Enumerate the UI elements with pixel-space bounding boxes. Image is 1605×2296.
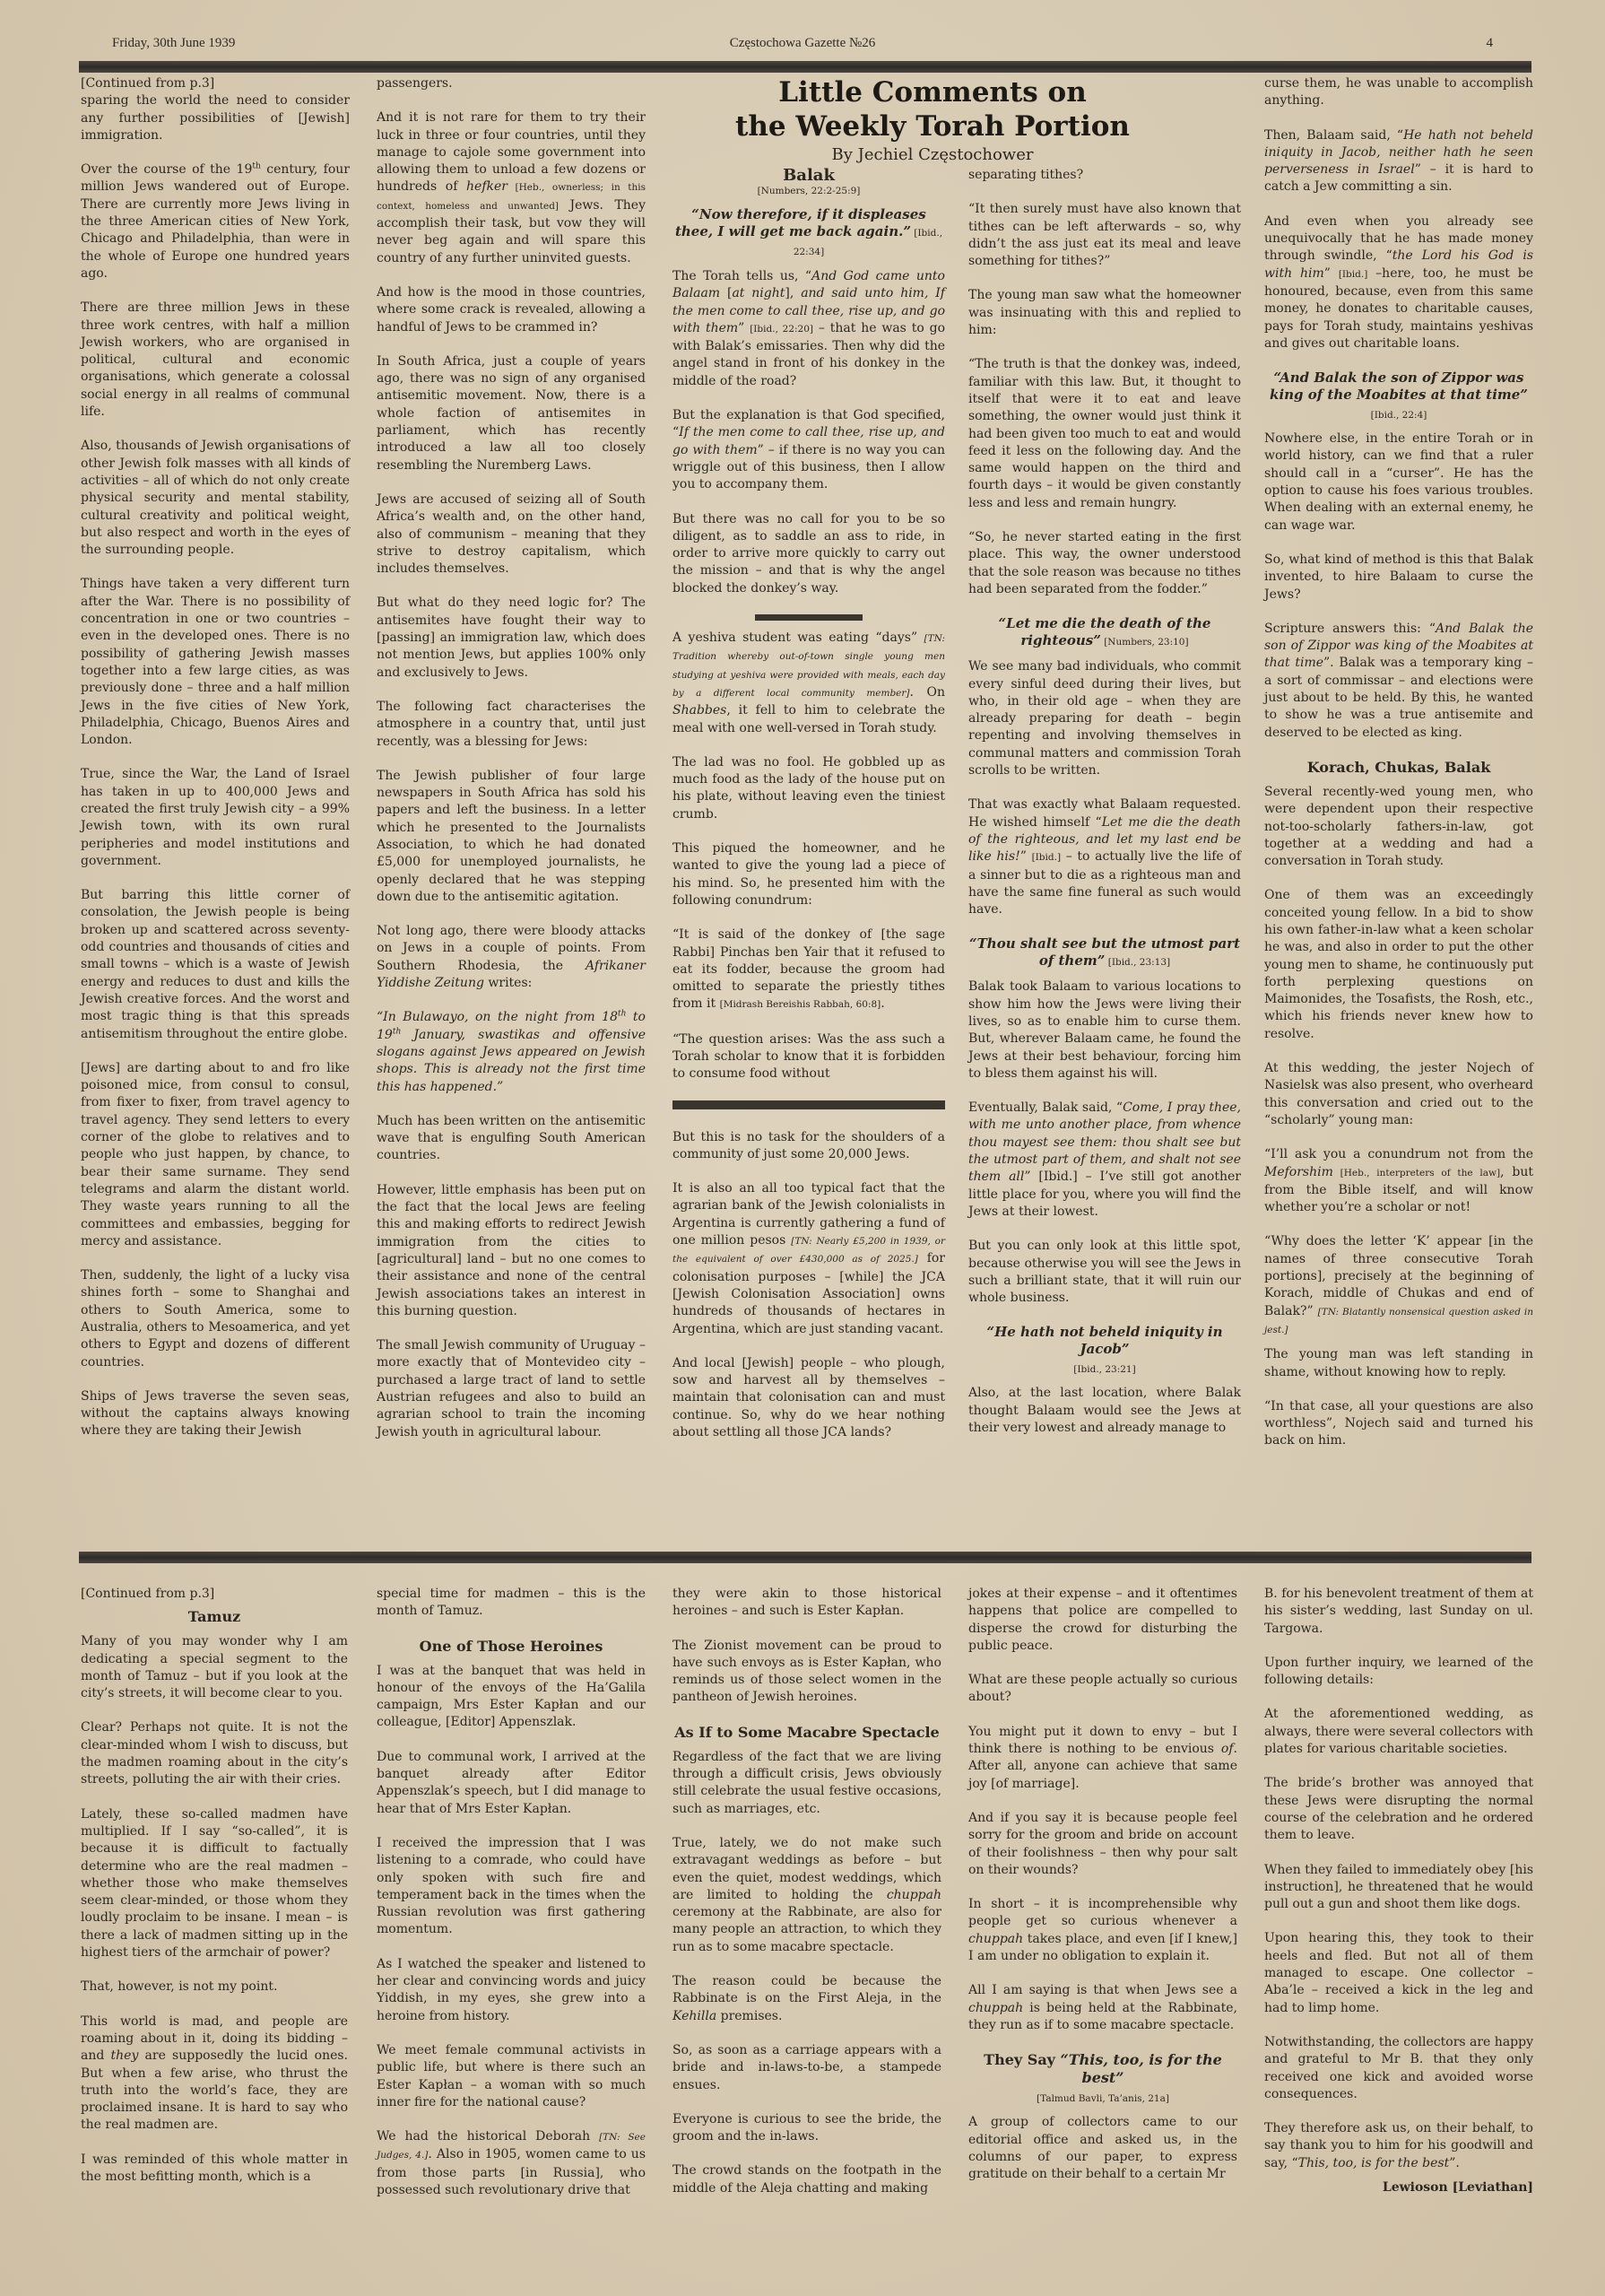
paragraph: When they failed to immediately obey [hi… (1264, 1862, 1533, 1914)
text: ” (1324, 266, 1339, 281)
citation: [Ibid.] (1032, 852, 1061, 863)
text: “It then surely must have also known tha… (968, 202, 1241, 268)
paragraph: At the aforementioned wedding, as always… (1264, 1706, 1533, 1758)
text: So, what kind of method is this that Bal… (1264, 552, 1533, 602)
paragraph: A yeshiva student was eating “days” [TN:… (672, 630, 945, 737)
italic-text: hefker (466, 179, 508, 194)
text: Then, suddenly, the light of a lucky vis… (81, 1268, 350, 1369)
article-body: passengers.And it is not rare for them t… (377, 75, 646, 1441)
italic-text: of (1221, 1742, 1234, 1756)
reference: [Ibid., 23:21] (968, 1363, 1241, 1376)
paragraph: “I’ll ask you a conundrum not from the M… (1264, 1146, 1533, 1216)
paragraph: That, however, is not my point. (81, 1979, 348, 1996)
top-column-2: passengers.And it is not rare for them t… (377, 75, 646, 1458)
paragraph: curse them, he was unable to accomplish … (1264, 75, 1533, 110)
italic-text: they (111, 2048, 139, 2063)
paragraph: Then, Balaam said, “He hath not beheld i… (1264, 127, 1533, 196)
text: separating tithes? (968, 168, 1083, 182)
paragraph: Regardless of the fact that we are livin… (672, 1749, 941, 1818)
paragraph: In South Africa, just a couple of years … (377, 353, 646, 474)
paragraph: I was reminded of this whole matter in t… (81, 2152, 348, 2187)
collectors-article: B. for his benevolent treatment of them … (1264, 1586, 1533, 2196)
paragraph: “The truth is that the donkey was, indee… (968, 356, 1241, 512)
text: ” (1020, 849, 1032, 864)
tamuz-article: [Continued from p.3]TamuzMany of you may… (81, 1586, 348, 2186)
text: Notwithstanding, the collectors are happ… (1264, 2035, 1533, 2101)
top-column-4: separating tithes?“It then surely must h… (968, 167, 1241, 1454)
text: [ (720, 286, 732, 300)
verse-heading: “And Balak the son of Zippor was king of… (1264, 370, 1533, 404)
article-body: sparing the world the need to consider a… (81, 92, 350, 1439)
text: special time for madmen – this is the mo… (377, 1587, 646, 1618)
text: The following fact characterises the atm… (377, 700, 646, 749)
paragraph: “So, he never started eating in the firs… (968, 529, 1241, 598)
paragraph: I was at the banquet that was held in ho… (377, 1663, 646, 1732)
text: One of them was an exceedingly conceited… (1264, 888, 1533, 1040)
paragraph: The Jewish publisher of four large newsp… (377, 768, 646, 906)
text: ceremony at the Rabbinate, are also for … (672, 1905, 941, 1954)
paragraph: Not long ago, there were bloody attacks … (377, 923, 646, 992)
paragraph: True, since the War, the Land of Israel … (81, 766, 350, 870)
paragraph: You might put it down to envy – but I th… (968, 1724, 1237, 1793)
paragraph: separating tithes? (968, 167, 1241, 184)
reference: [Talmud Bavli, Ta’anis, 21a] (968, 2092, 1237, 2105)
section-divider (672, 1100, 945, 1109)
paragraph: And how is the mood in those countries, … (377, 284, 646, 336)
paragraph: So, what kind of method is this that Bal… (1264, 552, 1533, 604)
section-reference: [Numbers, 22:2-25:9] (672, 185, 945, 197)
paragraph: Also, at the last location, where Balak … (968, 1385, 1241, 1437)
text: So, as soon as a carriage appears with a… (672, 2043, 941, 2092)
torah-body: “Now therefore, if it displeases thee, I… (672, 206, 945, 1083)
text: We see many bad individuals, who commit … (968, 659, 1241, 778)
italic-text: at night (732, 286, 785, 300)
paragraph: They therefore ask us, on their behalf, … (1264, 2120, 1533, 2172)
paragraph: Ships of Jews traverse the seven seas, w… (81, 1388, 350, 1440)
paragraph: Clear? Perhaps not quite. It is not the … (81, 1719, 348, 1788)
text: But this is no task for the shoulders of… (672, 1130, 945, 1161)
verse-reference: [Numbers, 23:10] (1101, 637, 1189, 648)
text: Lately, these so-called madmen have mult… (81, 1807, 348, 1960)
verse-heading: “Now therefore, if it displeases thee, I… (672, 206, 945, 261)
italic-text: Meforshim (1264, 1165, 1333, 1179)
masthead: Friday, 30th June 1939 Częstochowa Gazet… (112, 36, 1493, 57)
text: I was reminded of this whole matter in t… (81, 2152, 348, 2184)
italic-text: Kehilla (672, 2009, 716, 2023)
paragraph: The lad was no fool. He gobbled up as mu… (672, 754, 945, 823)
text: And local [Jewish] people – who plough, … (672, 1356, 945, 1439)
paragraph: The small Jewish community of Uruguay – … (377, 1337, 646, 1441)
heading-text: They Say (984, 2051, 1060, 2068)
text: Several recently-wed young men, who were… (1264, 785, 1533, 868)
paragraph: Eventually, Balak said, “Come, I pray th… (968, 1100, 1241, 1221)
byline: By Jechiel Częstochower (717, 145, 1148, 164)
text: Scripture answers this: “ (1264, 622, 1436, 636)
paragraph: Balak took Balaam to various locations t… (968, 978, 1241, 1083)
text: ” (738, 321, 750, 335)
text: Upon further inquiry, we learned of the … (1264, 1656, 1533, 1687)
section-heading-balak: Balak (672, 167, 945, 185)
text: A group of collectors came to our editor… (968, 2115, 1237, 2181)
text: I received the impression that I was lis… (377, 1836, 646, 1936)
italic-text: “In Bulawayo, on the night from 18 (377, 1010, 618, 1024)
text: In short – it is incomprehensible why pe… (968, 1897, 1237, 1928)
text: jokes at their expense – and it oftentim… (968, 1587, 1237, 1653)
text: There are three million Jews in these th… (81, 300, 350, 419)
heroines-article: special time for madmen – this is the mo… (377, 1586, 646, 2199)
continued-note: [Continued from p.3] (81, 1586, 348, 1603)
text: The bride’s brother was annoyed that the… (1264, 1776, 1533, 1842)
section-heading: As If to Some Macabre Spectacle (672, 1724, 941, 1742)
text: curse them, he was unable to accomplish … (1264, 76, 1533, 108)
text: However, little emphasis has been put on… (377, 1183, 646, 1318)
text: Many of you may wonder why I am dedicati… (81, 1634, 348, 1700)
text: “The truth is that the donkey was, indee… (968, 357, 1241, 509)
top-column-3: Balak [Numbers, 22:2-25:9] “Now therefor… (672, 167, 945, 1458)
superscript: th (393, 1027, 401, 1036)
italic-text: chuppah (968, 2001, 1023, 2015)
text: This piqued the homeowner, and he wanted… (672, 841, 945, 908)
text: And how is the mood in those countries, … (377, 285, 646, 335)
macabre-article-cont: jokes at their expense – and it oftentim… (968, 1586, 1237, 2183)
paragraph: We meet female communal activists in pub… (377, 2042, 646, 2111)
text: The crowd stands on the footpath in the … (672, 2163, 941, 2195)
italic-text: January, swastikas and offensive slogans… (377, 1028, 646, 1094)
text: That, however, is not my point. (81, 1979, 277, 1994)
text: ”. (1449, 2156, 1460, 2170)
author-signature: Lewioson [Leviathan] (1264, 2179, 1533, 2196)
text: [Jews] are darting about to and fro like… (81, 1061, 350, 1248)
paragraph: This world is mad, and people are roamin… (81, 2013, 348, 2135)
text: Nowhere else, in the entire Torah or in … (1264, 431, 1533, 532)
paragraph: Due to communal work, I arrived at the b… (377, 1749, 646, 1818)
italic-text: Shabbes (672, 703, 726, 717)
section-heading: They Say “This, too, is for the best” (968, 2051, 1237, 2087)
text: But you can only look at this little spo… (968, 1239, 1241, 1305)
text: But barring this little corner of consol… (81, 888, 350, 1040)
paragraph: At this wedding, the jester Nojech of Na… (1264, 1060, 1533, 1129)
paragraph: Also, thousands of Jewish organisations … (81, 438, 350, 559)
verse-text: “Now therefore, if it displeases thee, I… (675, 206, 926, 239)
paragraph: But there was no call for you to be so d… (672, 511, 945, 597)
text: Due to communal work, I arrived at the b… (377, 1750, 646, 1816)
paragraph: But you can only look at this little spo… (968, 1238, 1241, 1307)
section-heading: Tamuz (81, 1608, 348, 1626)
paragraph: Upon hearing this, they took to their he… (1264, 1930, 1533, 2016)
paragraph: But this is no task for the shoulders of… (672, 1129, 945, 1164)
text: they were akin to those historical heroi… (672, 1587, 941, 1618)
text: True, since the War, the Land of Israel … (81, 767, 350, 867)
paragraph: And if you say it is because people feel… (968, 1810, 1237, 1879)
text: Things have taken a very different turn … (81, 577, 350, 747)
text: What are these people actually so curiou… (968, 1673, 1237, 1704)
paragraph: What are these people actually so curiou… (968, 1672, 1237, 1707)
paragraph: In short – it is incomprehensible why pe… (968, 1896, 1237, 1965)
bottom-column-5: B. for his benevolent treatment of them … (1264, 1586, 1533, 2196)
text: We had the historical Deborah (377, 2129, 599, 2144)
section-divider (755, 614, 863, 621)
paragraph: The young man saw what the homeowner was… (968, 287, 1241, 339)
paragraph: And even when you already see unequivoca… (1264, 213, 1533, 352)
section-heading: Korach, Chukas, Balak (1264, 759, 1533, 777)
paragraph: “In Bulawayo, on the night from 18th to … (377, 1009, 646, 1095)
text: Balak took Balaam to various locations t… (968, 979, 1241, 1080)
text: Eventually, Balak said, “ (968, 1100, 1123, 1115)
reference: [Ibid., 22:4] (1264, 409, 1533, 422)
article-body: But this is no task for the shoulders of… (672, 1129, 945, 1442)
text: Upon hearing this, they took to their he… (1264, 1931, 1533, 2014)
paragraph: “It then surely must have also known tha… (968, 201, 1241, 270)
text: sparing the world the need to consider a… (81, 93, 350, 143)
paragraph: But what do they need logic for? The ant… (377, 595, 646, 681)
paragraph: they were akin to those historical heroi… (672, 1586, 941, 1621)
top-column-5: curse them, he was unable to accomplish … (1264, 75, 1533, 1467)
top-column-1: [Continued from p.3] sparing the world t… (81, 75, 350, 1457)
publication-name: Częstochowa Gazette №26 (112, 36, 1493, 51)
text: Everyone is curious to see the bride, th… (672, 2112, 941, 2144)
text: B. for his benevolent treatment of them … (1264, 1587, 1533, 1636)
paragraph: All I am saying is that when Jews see a … (968, 1982, 1237, 2034)
paragraph: The following fact characterises the atm… (377, 699, 646, 751)
text: The young man saw what the homeowner was… (968, 288, 1241, 337)
superscript: th (252, 162, 260, 171)
text: When they failed to immediately obey [hi… (1264, 1863, 1533, 1912)
text: “In that case, all your questions are al… (1264, 1399, 1533, 1448)
middle-rule (79, 1552, 1531, 1563)
paragraph: The Torah tells us, “And God came unto B… (672, 268, 945, 390)
paragraph: True, lately, we do not make such extrav… (672, 1835, 941, 1956)
paragraph: I received the impression that I was lis… (377, 1835, 646, 1939)
text: “The question arises: Was the ass such a… (672, 1032, 945, 1082)
text: “So, he never started eating in the firs… (968, 530, 1241, 596)
text: The reason could be because the Rabbinat… (672, 1974, 941, 2005)
bottom-column-4: jokes at their expense – and it oftentim… (968, 1586, 1237, 2200)
paragraph: The bride’s brother was annoyed that the… (1264, 1775, 1533, 1844)
text: And if you say it is because people feel… (968, 1811, 1237, 1877)
bottom-column-1: [Continued from p.3]TamuzMany of you may… (81, 1586, 348, 2203)
verse-text: “He hath not beheld iniquity in Jacob” (986, 1324, 1222, 1357)
text: Then, Balaam said, “ (1264, 128, 1403, 143)
paragraph: Several recently-wed young men, who were… (1264, 784, 1533, 870)
paragraph: special time for madmen – this is the mo… (377, 1586, 646, 1621)
paragraph: Upon further inquiry, we learned of the … (1264, 1655, 1533, 1690)
text: . (881, 996, 884, 1011)
paragraph: That was exactly what Balaam requested. … (968, 796, 1241, 918)
text: “I’ll ask you a conundrum not from the (1264, 1147, 1533, 1161)
paragraph: The Zionist movement can be proud to hav… (672, 1638, 941, 1707)
text: At the aforementioned wedding, as always… (1264, 1707, 1533, 1756)
text: The Torah tells us, “ (672, 269, 811, 283)
paragraph: Much has been written on the antisemitic… (377, 1113, 646, 1165)
text: All I am saying is that when Jews see a (968, 1983, 1237, 1997)
text: We meet female communal activists in pub… (377, 2043, 646, 2109)
paragraph: A group of collectors came to our editor… (968, 2114, 1237, 2183)
text: A yeshiva student was eating “days” (672, 631, 924, 645)
text: Ships of Jews traverse the seven seas, w… (81, 1389, 350, 1439)
torah-article-title: Little Comments on the Weekly Torah Port… (717, 75, 1148, 143)
text: Also, thousands of Jewish organisations … (81, 439, 350, 557)
paragraph: Then, suddenly, the light of a lucky vis… (81, 1267, 350, 1371)
paragraph: Things have taken a very different turn … (81, 576, 350, 749)
bottom-column-2: special time for madmen – this is the mo… (377, 1586, 646, 2216)
paragraph: “Why does the letter ‘K’ appear [in the … (1264, 1233, 1533, 1339)
text: The Zionist movement can be proud to hav… (672, 1639, 941, 1705)
paragraph: However, little emphasis has been put on… (377, 1182, 646, 1320)
text: ], (785, 286, 801, 300)
citation: [Ibid.] (1339, 269, 1367, 280)
paragraph: It is also an all too typical fact that … (672, 1180, 945, 1338)
paragraph: Jews are accused of seizing all of South… (377, 491, 646, 578)
continued-note: [Continued from p.3] (81, 75, 350, 92)
text: The small Jewish community of Uruguay – … (377, 1338, 646, 1439)
text: writes: (484, 976, 532, 990)
paragraph: Many of you may wonder why I am dedicati… (81, 1633, 348, 1702)
torah-body: curse them, he was unable to accomplish … (1264, 75, 1533, 1450)
text: Also, at the last location, where Balak … (968, 1386, 1241, 1435)
text: premises. (716, 2009, 782, 2023)
citation: [Midrash Bereishis Rabbah, 60:8] (720, 999, 881, 1010)
text: You might put it down to envy – but I th… (968, 1725, 1237, 1756)
paragraph: As I watched the speaker and listened to… (377, 1956, 646, 2025)
paragraph: Lately, these so-called madmen have mult… (81, 1806, 348, 1962)
text: The young man was left standing in shame… (1264, 1347, 1533, 1378)
verse-heading: “He hath not beheld iniquity in Jacob” (968, 1324, 1241, 1358)
text: I was at the banquet that was held in ho… (377, 1664, 646, 1730)
paragraph: “In that case, all your questions are al… (1264, 1398, 1533, 1450)
text: In South Africa, just a couple of years … (377, 354, 646, 473)
text: As I watched the speaker and listened to… (377, 1957, 646, 2023)
text: But there was no call for you to be so d… (672, 512, 945, 596)
paragraph: “The question arises: Was the ass such a… (672, 1031, 945, 1083)
heading-quote: “This, too, is for the best” (1061, 2051, 1222, 2086)
text: passengers. (377, 76, 453, 91)
bottom-column-3: they were akin to those historical heroi… (672, 1586, 941, 2214)
paragraph: This piqued the homeowner, and he wanted… (672, 840, 945, 909)
paragraph: [Jews] are darting about to and fro like… (81, 1060, 350, 1250)
paragraph: passengers. (377, 75, 646, 92)
text: Jews are accused of seizing all of South… (377, 492, 646, 576)
paragraph: sparing the world the need to consider a… (81, 92, 350, 144)
text: Clear? Perhaps not quite. It is not the … (81, 1720, 348, 1787)
torah-body: separating tithes?“It then surely must h… (968, 167, 1241, 1437)
paragraph: The reason could be because the Rabbinat… (672, 1973, 941, 2025)
paragraph: The crowd stands on the footpath in the … (672, 2162, 941, 2197)
macabre-article: they were akin to those historical heroi… (672, 1586, 941, 2197)
paragraph: And local [Jewish] people – who plough, … (672, 1355, 945, 1441)
paragraph: One of them was an exceedingly conceited… (1264, 887, 1533, 1043)
paragraph: So, as soon as a carriage appears with a… (672, 2042, 941, 2094)
page-number: 4 (1487, 36, 1494, 51)
text: At this wedding, the jester Nojech of Na… (1264, 1061, 1533, 1127)
section-heading: One of Those Heroines (377, 1638, 646, 1656)
superscript: th (618, 1010, 626, 1019)
text: The lad was no fool. He gobbled up as mu… (672, 755, 945, 822)
citation: [Ibid., 22:20] (750, 324, 813, 335)
paragraph: There are three million Jews in these th… (81, 300, 350, 421)
paragraph: Over the course of the 19th century, fou… (81, 161, 350, 283)
verse-heading: “Thou shalt see but the utmost part of t… (968, 935, 1241, 971)
text: century, four million Jews wandered out … (81, 162, 350, 281)
text: But what do they need logic for? The ant… (377, 596, 646, 679)
paragraph: The young man was left standing in shame… (1264, 1346, 1533, 1381)
paragraph: But barring this little corner of consol… (81, 887, 350, 1043)
text: Regardless of the fact that we are livin… (672, 1750, 941, 1816)
italic-text: chuppah (968, 1932, 1023, 1946)
text: Over the course of the 19 (81, 162, 252, 177)
paragraph: jokes at their expense – and it oftentim… (968, 1586, 1237, 1655)
paragraph: We see many bad individuals, who commit … (968, 658, 1241, 779)
verse-heading: “Let me die the death of the righteous” … (968, 615, 1241, 651)
paragraph: Everyone is curious to see the bride, th… (672, 2111, 941, 2146)
top-rule (79, 61, 1531, 73)
paragraph: “It is said of the donkey of [the sage R… (672, 926, 945, 1013)
paragraph: Nowhere else, in the entire Torah or in … (1264, 430, 1533, 535)
text: . On (910, 685, 945, 700)
paragraph: We had the historical Deborah [TN: See J… (377, 2128, 646, 2199)
paragraph: Scripture answers this: “And Balak the s… (1264, 621, 1533, 742)
paragraph: Notwithstanding, the collectors are happ… (1264, 2034, 1533, 2103)
italic-text: chuppah (887, 1888, 941, 1902)
text: The Jewish publisher of four large newsp… (377, 769, 646, 904)
citation: [Heb., interpreters of the law] (1333, 1168, 1500, 1178)
verse-reference: [Ibid., 23:13] (1105, 957, 1170, 968)
italic-text: This, too, is for the best (1298, 2156, 1450, 2170)
verse-text: “And Balak the son of Zippor was king of… (1270, 370, 1528, 403)
paragraph: And it is not rare for them to try their… (377, 109, 646, 267)
text: Much has been written on the antisemitic… (377, 1114, 646, 1163)
paragraph: B. for his benevolent treatment of them … (1264, 1586, 1533, 1638)
paragraph: But the explanation is that God specifie… (672, 407, 945, 493)
